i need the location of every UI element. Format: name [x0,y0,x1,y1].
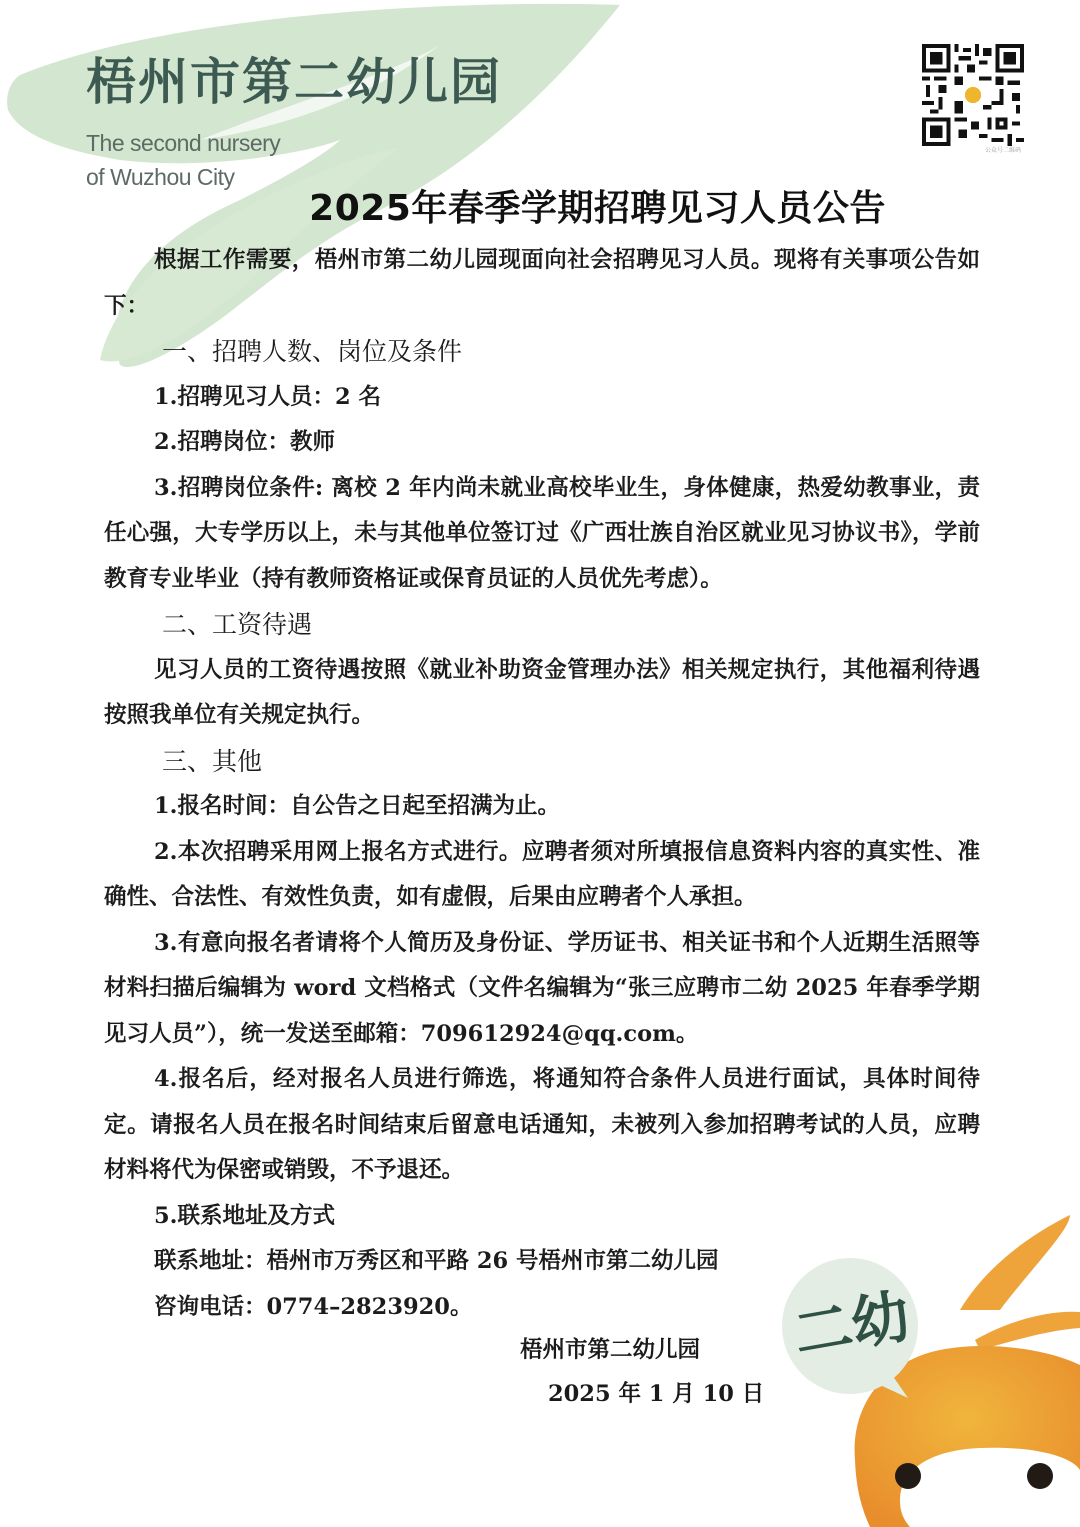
signature-block: 梧州市第二幼儿园 2025 年 1 月 10 日 [520,1328,764,1416]
section-3-item-3: 3.有意向报名者请将个人简历及身份证、学历证书、相关证书和个人近期生活照等材料扫… [104,921,980,1058]
contact-phone: 咨询电话：0774–2823920。 [104,1285,980,1331]
section-heading-1: 一、招聘人数、岗位及条件 [104,329,980,375]
intro-paragraph: 根据工作需要，梧州市第二幼儿园现面向社会招聘见习人员。现将有关事项公告如下： [104,238,980,329]
contact-address: 联系地址：梧州市万秀区和平路 26 号梧州市第二幼儿园 [104,1239,980,1285]
document-title: 2025年春季学期招聘见习人员公告 [0,180,1080,231]
qr-caption: 公众号二维码 [985,145,1021,154]
section-3-item-4: 4.报名后，经对报名人员进行筛选，将通知符合条件人员进行面试，具体时间待定。请报… [104,1057,980,1194]
brand-header: 梧州市第二幼儿园 The second nursery of Wuzhou Ci… [86,52,502,194]
qr-code-icon [922,44,1024,146]
section-1-item-2: 2.招聘岗位：教师 [104,420,980,466]
section-heading-2: 二、工资待遇 [104,602,980,648]
section-1-item-3: 3.招聘岗位条件: 离校 2 年内尚未就业高校毕业生，身体健康，热爱幼教事业，责… [104,466,980,603]
signature-org: 梧州市第二幼儿园 [520,1328,764,1372]
section-2-item-1: 见习人员的工资待遇按照《就业补助资金管理办法》相关规定执行，其他福利待遇按照我单… [104,648,980,739]
section-heading-3: 三、其他 [104,739,980,785]
section-3-item-2: 2.本次招聘采用网上报名方式进行。应聘者须对所填报信息资料内容的真实性、准确性、… [104,830,980,921]
org-name-cn: 梧州市第二幼儿园 [86,52,502,112]
section-3-item-1: 1.报名时间：自公告之日起至招满为止。 [104,784,980,830]
signature-date: 2025 年 1 月 10 日 [520,1372,764,1416]
section-1-item-1: 1.招聘见习人员：2 名 [104,375,980,421]
document-body: 根据工作需要，梧州市第二幼儿园现面向社会招聘见习人员。现将有关事项公告如下： 一… [104,238,980,1330]
org-name-en-line1: The second nursery [86,126,502,160]
section-3-item-5: 5.联系地址及方式 [104,1194,980,1240]
